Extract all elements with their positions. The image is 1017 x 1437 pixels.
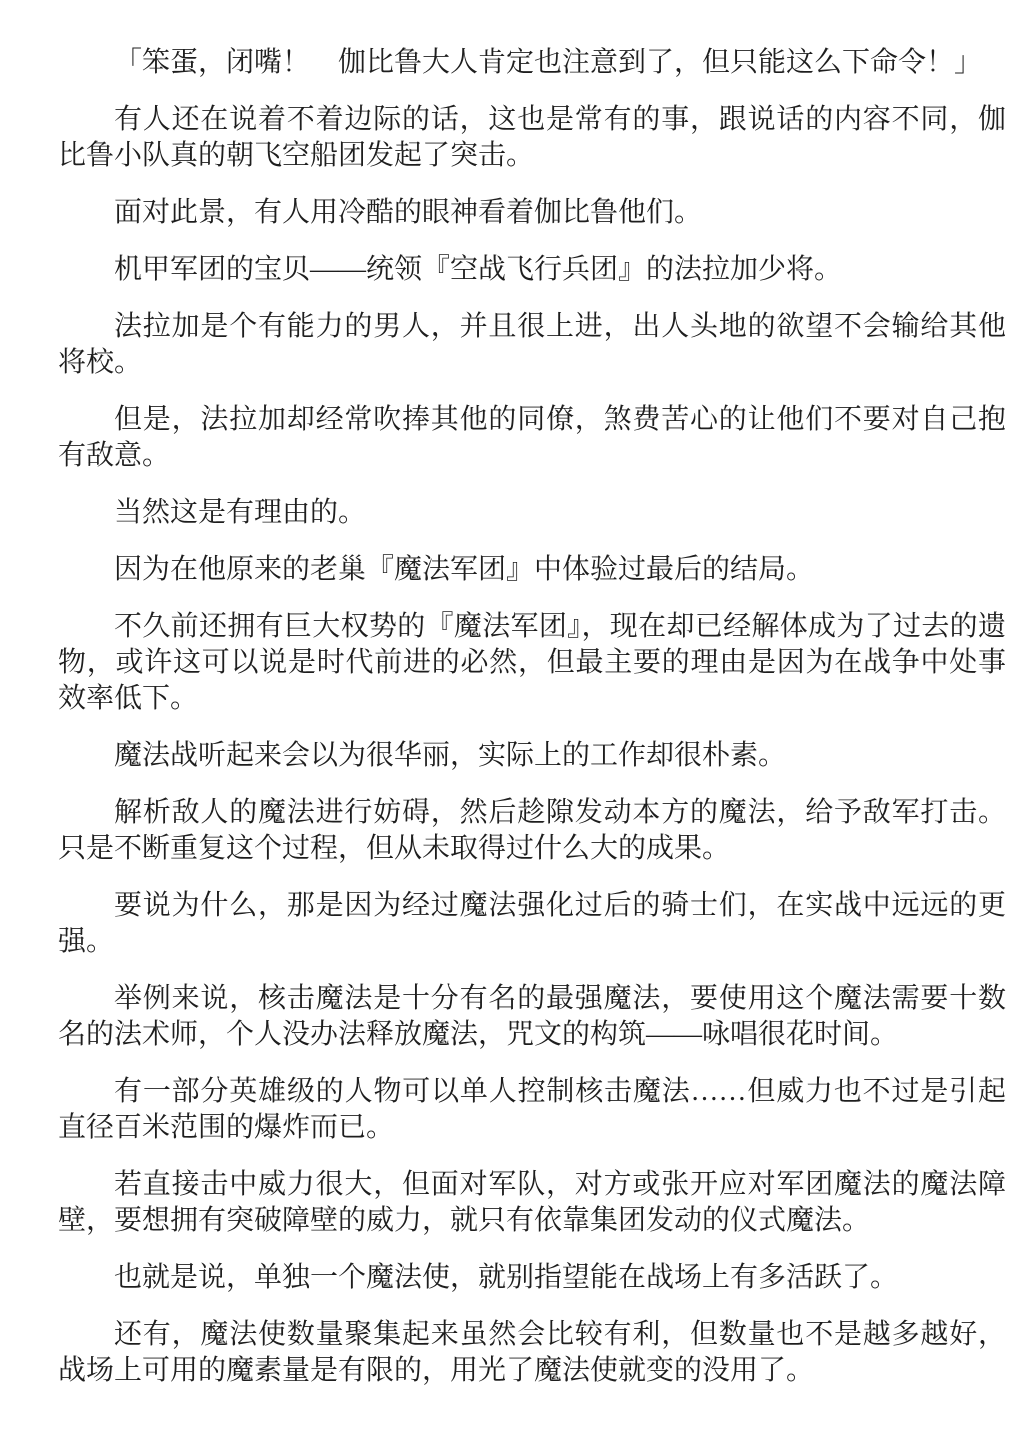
paragraph: 因为在他原来的老巢『魔法军团』中体验过最后的结局。: [58, 552, 1006, 588]
paragraph: 若直接击中威力很大，但面对军队，对方或张开应对军团魔法的魔法障壁，要想拥有突破障…: [58, 1167, 1006, 1239]
novel-page: 「笨蛋，闭嘴！ 伽比鲁大人肯定也注意到了，但只能这么下命令！」 有人还在说着不着…: [0, 0, 1017, 1437]
paragraph: 要说为什么，那是因为经过魔法强化过后的骑士们，在实战中远远的更强。: [58, 888, 1006, 960]
paragraph: 面对此景，有人用冷酷的眼神看着伽比鲁他们。: [58, 195, 1006, 231]
paragraph: 举例来说，核击魔法是十分有名的最强魔法，要使用这个魔法需要十数名的法术师，个人没…: [58, 981, 1006, 1053]
paragraph: 机甲军团的宝贝——统领『空战飞行兵团』的法拉加少将。: [58, 252, 1006, 288]
paragraph: 当然这是有理由的。: [58, 495, 1006, 531]
paragraph: 不久前还拥有巨大权势的『魔法军团』，现在却已经解体成为了过去的遗物，或许这可以说…: [58, 609, 1006, 717]
paragraph: 还有，魔法使数量聚集起来虽然会比较有利，但数量也不是越多越好，战场上可用的魔素量…: [58, 1317, 1006, 1389]
paragraph-dialogue: 「笨蛋，闭嘴！ 伽比鲁大人肯定也注意到了，但只能这么下命令！」: [58, 45, 1006, 81]
paragraph: 解析敌人的魔法进行妨碍，然后趁隙发动本方的魔法，给予敌军打击。只是不断重复这个过…: [58, 795, 1006, 867]
paragraph: 有人还在说着不着边际的话，这也是常有的事，跟说话的内容不同，伽比鲁小队真的朝飞空…: [58, 102, 1006, 174]
paragraph: 但是，法拉加却经常吹捧其他的同僚，煞费苦心的让他们不要对自己抱有敌意。: [58, 402, 1006, 474]
paragraph: 有一部分英雄级的人物可以单人控制核击魔法……但威力也不过是引起直径百米范围的爆炸…: [58, 1074, 1006, 1146]
paragraph: 魔法战听起来会以为很华丽，实际上的工作却很朴素。: [58, 738, 1006, 774]
paragraph: 也就是说，单独一个魔法使，就别指望能在战场上有多活跃了。: [58, 1260, 1006, 1296]
paragraph: 法拉加是个有能力的男人，并且很上进，出人头地的欲望不会输给其他将校。: [58, 309, 1006, 381]
